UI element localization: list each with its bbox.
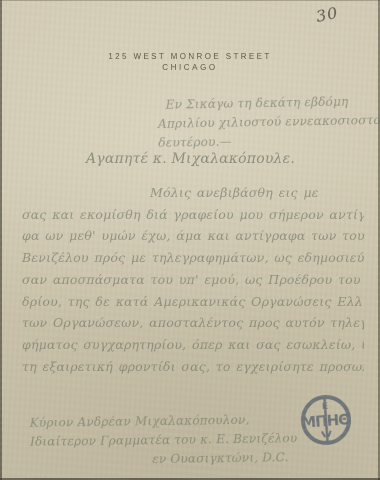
scanned-letter-page: 30 125 WEST MONROE STREET CHICAGO Εν Σικ… <box>0 0 380 480</box>
body-line: τη εξαιρετική φροντίδι σας, το εγχειρίση… <box>22 356 364 378</box>
address-line-city: εν Ουασιγκτώνι, D.C. <box>30 448 298 471</box>
salutation: Αγαπητέ κ. Μιχαλακόπουλε. <box>86 151 295 167</box>
date-line-2: Απριλίου χιλιοστού εννεακοσιοστού εικοστ… <box>158 111 373 134</box>
letter-body: Μόλις ανεβιβάσθη εις με σας και εκομίσθη… <box>22 182 364 377</box>
address-block: Κύριον Ανδρέαν Μιχαλακόπουλον, Ιδιαίτερο… <box>30 410 298 471</box>
body-line: δρίου, της δε κατά Αμερικανικάς Οργανώσε… <box>22 291 364 313</box>
date-block: Εν Σικάγω τη δεκάτη εβδόμη Απριλίου χιλι… <box>158 92 374 153</box>
body-line: Βενιζέλου πρός με τηλεγραφημάτων, ως εδη… <box>22 247 364 269</box>
archive-stamp: Ε ΜΠΗΘ <box>297 391 355 449</box>
body-line: σας και εκομίσθη διά γραφείου μου σήμερο… <box>22 204 364 226</box>
letterhead: 125 WEST MONROE STREET CHICAGO <box>0 52 380 72</box>
date-line-3: δευτέρου.— <box>158 130 373 153</box>
body-line: φα ων μεθ' υμών έχω, άμα και αντίγραφα τ… <box>22 225 364 247</box>
archive-page-number: 30 <box>314 3 340 26</box>
body-line: των Οργανώσεων, αποσταλέντος προς αυτόν … <box>22 312 364 334</box>
stamp-top-letter: Ε <box>322 402 329 412</box>
body-line: σαν αποσπάσματα του υπ' εμού, ως Προέδρο… <box>22 269 364 291</box>
body-line: φήματος συγχαρητηρίου, όπερ και σας εσωκ… <box>22 334 364 356</box>
body-line: Μόλις ανεβιβάσθη εις με <box>22 182 364 204</box>
archive-stamp-seal-icon: Ε ΜΠΗΘ <box>297 391 355 449</box>
stamp-letters: ΜΠΗΘ <box>301 410 351 431</box>
letterhead-city: CHICAGO <box>0 63 380 72</box>
letterhead-street: 125 WEST MONROE STREET <box>0 52 380 61</box>
